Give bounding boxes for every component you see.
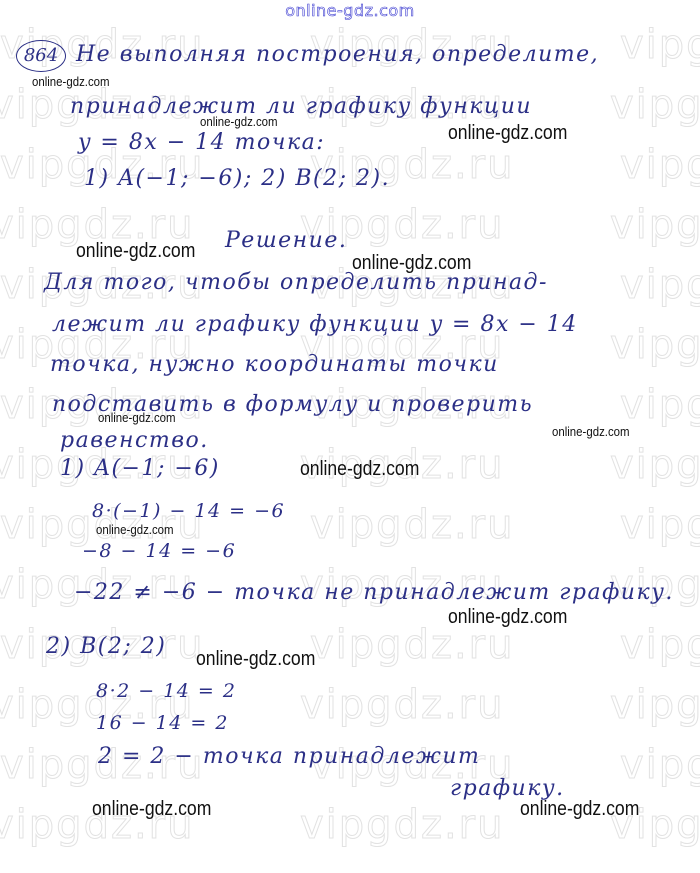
overlay-watermark: online-gdz.com	[96, 522, 174, 537]
task-line: 1) A(−1; −6); 2) B(2; 2).	[84, 166, 390, 191]
part1-step: 8·(−1) − 14 = −6	[92, 500, 285, 522]
background-watermark: vipgdz.ru	[610, 82, 700, 128]
background-watermark: vipgdz.ru	[620, 622, 700, 668]
solution-heading: Решение.	[225, 228, 347, 253]
background-watermark: vipgdz.ru	[620, 262, 700, 308]
task-number: 864	[16, 40, 66, 72]
overlay-watermark: online-gdz.com	[98, 410, 176, 425]
task-line: Не выполняя построения, определите,	[76, 42, 599, 67]
overlay-watermark: online-gdz.com	[200, 114, 278, 129]
background-watermark: vipgdz.ru	[620, 142, 700, 188]
background-watermark: vipgdz.ru	[620, 742, 700, 788]
background-watermark: vipgdz.ru	[610, 202, 700, 248]
solution-intro-line: лежит ли графику функции y = 8x − 14	[52, 312, 578, 337]
background-watermark: vipgdz.ru	[300, 682, 504, 728]
overlay-watermark: online-gdz.com	[196, 648, 315, 671]
header-watermark: online-gdz.com	[0, 1, 700, 20]
overlay-watermark: online-gdz.com	[352, 252, 471, 275]
background-watermark: vipgdz.ru	[610, 682, 700, 728]
overlay-watermark: online-gdz.com	[448, 606, 567, 629]
part1-step: −22 ≠ −6 − точка не принадлежит графику.	[74, 580, 674, 605]
part2-step: 16 − 14 = 2	[96, 712, 229, 734]
background-watermark: vipgdz.ru	[310, 502, 514, 548]
task-line: принадлежит ли графику функции	[70, 94, 532, 119]
part1-label: 1) A(−1; −6)	[60, 456, 220, 481]
task-line: y = 8x − 14 точка:	[78, 130, 325, 155]
overlay-watermark: online-gdz.com	[300, 458, 419, 481]
overlay-watermark: online-gdz.com	[32, 74, 110, 89]
overlay-watermark: online-gdz.com	[552, 424, 630, 439]
overlay-watermark: online-gdz.com	[76, 240, 195, 263]
background-watermark: vipgdz.ru	[620, 22, 700, 68]
background-watermark: vipgdz.ru	[620, 502, 700, 548]
part1-step: −8 − 14 = −6	[82, 540, 236, 562]
background-watermark: vipgdz.ru	[610, 442, 700, 488]
solution-intro-line: точка, нужно координаты точки	[50, 352, 499, 377]
part2-step: 8·2 − 14 = 2	[96, 680, 236, 702]
part2-step: 2 = 2 − точка принадлежит	[98, 744, 480, 769]
background-watermark: vipgdz.ru	[620, 382, 700, 428]
homework-page: vipgdz.ruvipgdz.ruvipgdz.ruvipgdz.ruvipg…	[0, 0, 700, 873]
solution-intro-line: Для того, чтобы определить принад-	[44, 270, 548, 295]
overlay-watermark: online-gdz.com	[520, 798, 639, 821]
background-watermark: vipgdz.ru	[610, 322, 700, 368]
background-watermark: vipgdz.ru	[300, 802, 504, 848]
overlay-watermark: online-gdz.com	[92, 798, 211, 821]
part2-label: 2) B(2; 2)	[46, 634, 166, 659]
solution-intro-line: равенство.	[60, 428, 209, 453]
overlay-watermark: online-gdz.com	[448, 122, 567, 145]
